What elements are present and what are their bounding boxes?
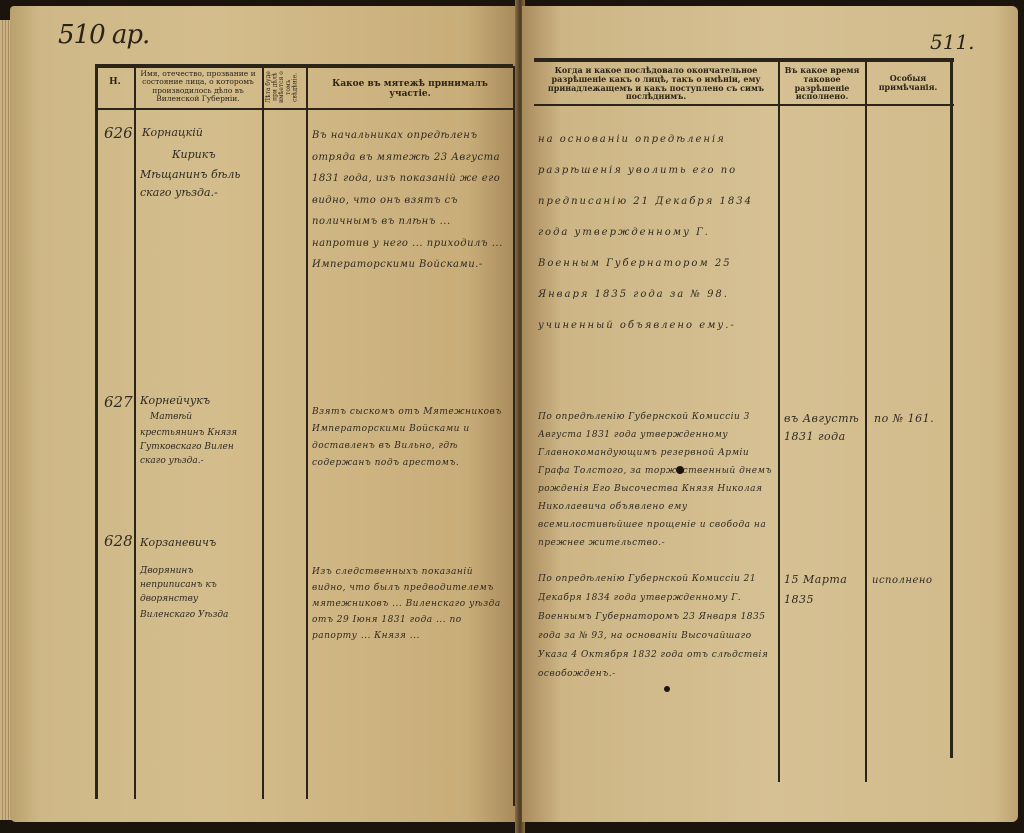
col-divider	[778, 62, 780, 782]
entry-name: скаго уѣзда.-	[140, 186, 218, 199]
ink-blot	[664, 686, 670, 692]
left-table-top-rule	[95, 64, 513, 68]
entry-name: Корнейчукъ	[140, 394, 210, 407]
header-number: Н.	[100, 78, 130, 88]
right-header-bottom-rule	[534, 104, 954, 106]
right-table-top-rule	[534, 58, 954, 62]
entry-name: Корзаневичъ	[140, 536, 216, 549]
entry-name: крестьянинъ Князя	[140, 428, 237, 438]
header-participation: Какое въ мятежѣ принималъ участіе.	[310, 80, 510, 100]
entry-name: Дворянинъ	[140, 566, 193, 576]
entry-name: Виленскаго Уѣзда	[140, 610, 228, 620]
entry-number: 627	[104, 393, 133, 411]
entry-executed: 15 Марта 1835	[784, 570, 864, 610]
col-divider	[865, 62, 867, 782]
col-divider	[306, 66, 308, 799]
entry-resolution: По опредѣленію Губернской Комиссіи 3 Авг…	[538, 408, 774, 558]
header-executed: Въ какое время таковое разрѣшеніе исполн…	[781, 66, 863, 101]
header-resolution: Когда и какое послѣдовало окончательное …	[536, 66, 776, 101]
left-header-bottom-rule	[95, 108, 513, 110]
right-table-right-border	[950, 58, 953, 758]
entry-name: Гутковскаго Вилен	[140, 442, 234, 452]
entry-number: 628	[104, 532, 133, 550]
entry-notes: исполнено	[872, 572, 948, 590]
entry-name: неприписанъ къ	[140, 580, 217, 590]
col-divider	[262, 66, 264, 799]
entry-participation: Взятъ сыскомъ отъ Мятежниковъ Императорс…	[312, 404, 508, 494]
entry-name: Мѣщанинъ бѣль	[140, 168, 240, 181]
header-name: Имя, отечество, прозвание и состояние ли…	[137, 70, 259, 103]
right-folio-number: 511.	[930, 30, 975, 54]
entry-name: Кирикъ	[172, 148, 216, 161]
header-notes: Особыя примѣчанія.	[868, 74, 948, 92]
header-narrow: Лѣта буде при дѣлѣ имѣется о томъ свѣдѣн…	[266, 67, 304, 107]
entry-participation: Изъ следственныхъ показаній видно, что б…	[312, 564, 508, 724]
col-divider	[134, 66, 136, 799]
left-folio-number: 510 ар.	[58, 20, 149, 50]
entry-name: Корнацкій	[142, 126, 203, 139]
entry-resolution: на основаніи опредѣленія разрѣшенія увол…	[538, 124, 774, 386]
entry-name: дворянству	[140, 594, 198, 604]
left-table-left-border	[95, 64, 98, 799]
entry-executed: въ Августѣ 1831 года	[784, 410, 864, 446]
entry-participation: Въ начальниках опредѣленъ отряда въ мяте…	[312, 125, 508, 395]
entry-name: скаго уѣзда.-	[140, 456, 204, 466]
ink-blot	[676, 466, 684, 474]
entry-number: 626	[104, 124, 133, 142]
entry-name: Матвѣй	[150, 412, 192, 422]
entry-resolution: По опредѣленію Губернской Комиссіи 21 Де…	[538, 570, 774, 720]
entry-notes: по № 161.	[874, 410, 948, 428]
ledger-book-spread: 510 ар. Н. Имя, отечество, прозвание и с…	[0, 0, 1024, 833]
